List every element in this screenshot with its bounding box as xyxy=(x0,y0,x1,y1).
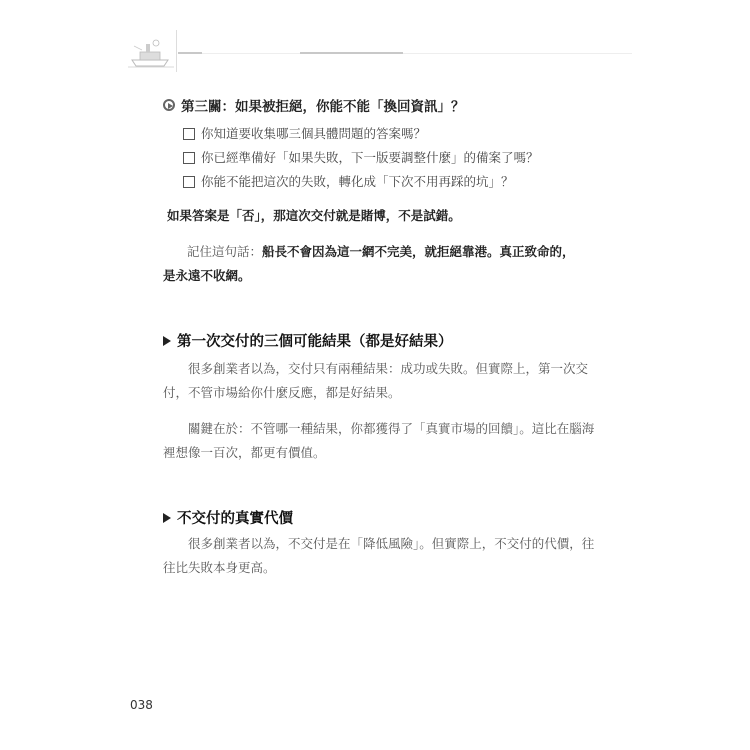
play-circle-icon xyxy=(163,99,175,111)
checklist-item-text: 你已經準備好「如果失敗，下一版要調整什麼」的備案了嗎？ xyxy=(201,146,539,170)
page-header xyxy=(128,30,628,75)
remember-paragraph: 記住這句話：船長不會因為這一網不完美，就拒絕靠港。真正致命的， 是永遠不收網。 xyxy=(163,240,603,288)
triangle-right-icon xyxy=(163,513,171,523)
page-content: 第三關：如果被拒絕，你能不能「換回資訊」？ 你知道要收集哪三個具體問題的答案嗎？… xyxy=(163,92,603,580)
ship-illustration-icon xyxy=(128,34,176,70)
checklist-item: 你知道要收集哪三個具體問題的答案嗎？ xyxy=(183,122,603,146)
check-question-title: 第三關：如果被拒絕，你能不能「換回資訊」？ xyxy=(163,92,603,118)
checkbox-icon xyxy=(183,176,195,188)
checklist: 你知道要收集哪三個具體問題的答案嗎？ 你已經準備好「如果失敗，下一版要調整什麼」… xyxy=(183,122,603,194)
checklist-item: 你能不能把這次的失敗，轉化成「下次不用再踩的坑」？ xyxy=(183,170,603,194)
header-rule-short xyxy=(178,52,202,54)
checkbox-icon xyxy=(183,128,195,140)
checklist-item-text: 你能不能把這次的失敗，轉化成「下次不用再踩的坑」？ xyxy=(201,170,514,194)
cost-paragraph-1: 很多創業者以為，不交付是在「降低風險」。但實際上，不交付的代價，往往比失敗本身更… xyxy=(163,532,603,580)
results-paragraph-1: 很多創業者以為，交付只有兩種結果：成功或失敗。但實際上，第一次交付，不管市場給你… xyxy=(163,357,603,405)
check-question-title-text: 第三關：如果被拒絕，你能不能「換回資訊」？ xyxy=(181,95,465,115)
checkbox-icon xyxy=(183,152,195,164)
section-heading-text: 不交付的真實代價 xyxy=(177,507,293,528)
triangle-right-icon xyxy=(163,336,171,346)
checklist-item-text: 你知道要收集哪三個具體問題的答案嗎？ xyxy=(201,122,426,146)
remember-line2: 是永遠不收網。 xyxy=(163,268,251,283)
section-heading-cost: 不交付的真實代價 xyxy=(163,507,603,528)
conclusion-text: 如果答案是「否」，那這次交付就是賭博，不是試錯。 xyxy=(167,204,603,228)
header-divider-vertical xyxy=(176,30,177,72)
section-heading-text: 第一次交付的三個可能結果（都是好結果） xyxy=(177,330,453,351)
page-number: 038 xyxy=(130,698,153,712)
header-rule-long xyxy=(300,52,403,54)
header-rule-thin xyxy=(202,53,632,54)
section-heading-results: 第一次交付的三個可能結果（都是好結果） xyxy=(163,330,603,351)
checklist-item: 你已經準備好「如果失敗，下一版要調整什麼」的備案了嗎？ xyxy=(183,146,603,170)
remember-label: 記住這句話： xyxy=(187,244,262,259)
remember-line1: 船長不會因為這一網不完美，就拒絕靠港。真正致命的， xyxy=(262,244,575,259)
results-paragraph-2: 關鍵在於：不管哪一種結果，你都獲得了「真實市場的回饋」。這比在腦海裡想像一百次，… xyxy=(163,417,603,465)
